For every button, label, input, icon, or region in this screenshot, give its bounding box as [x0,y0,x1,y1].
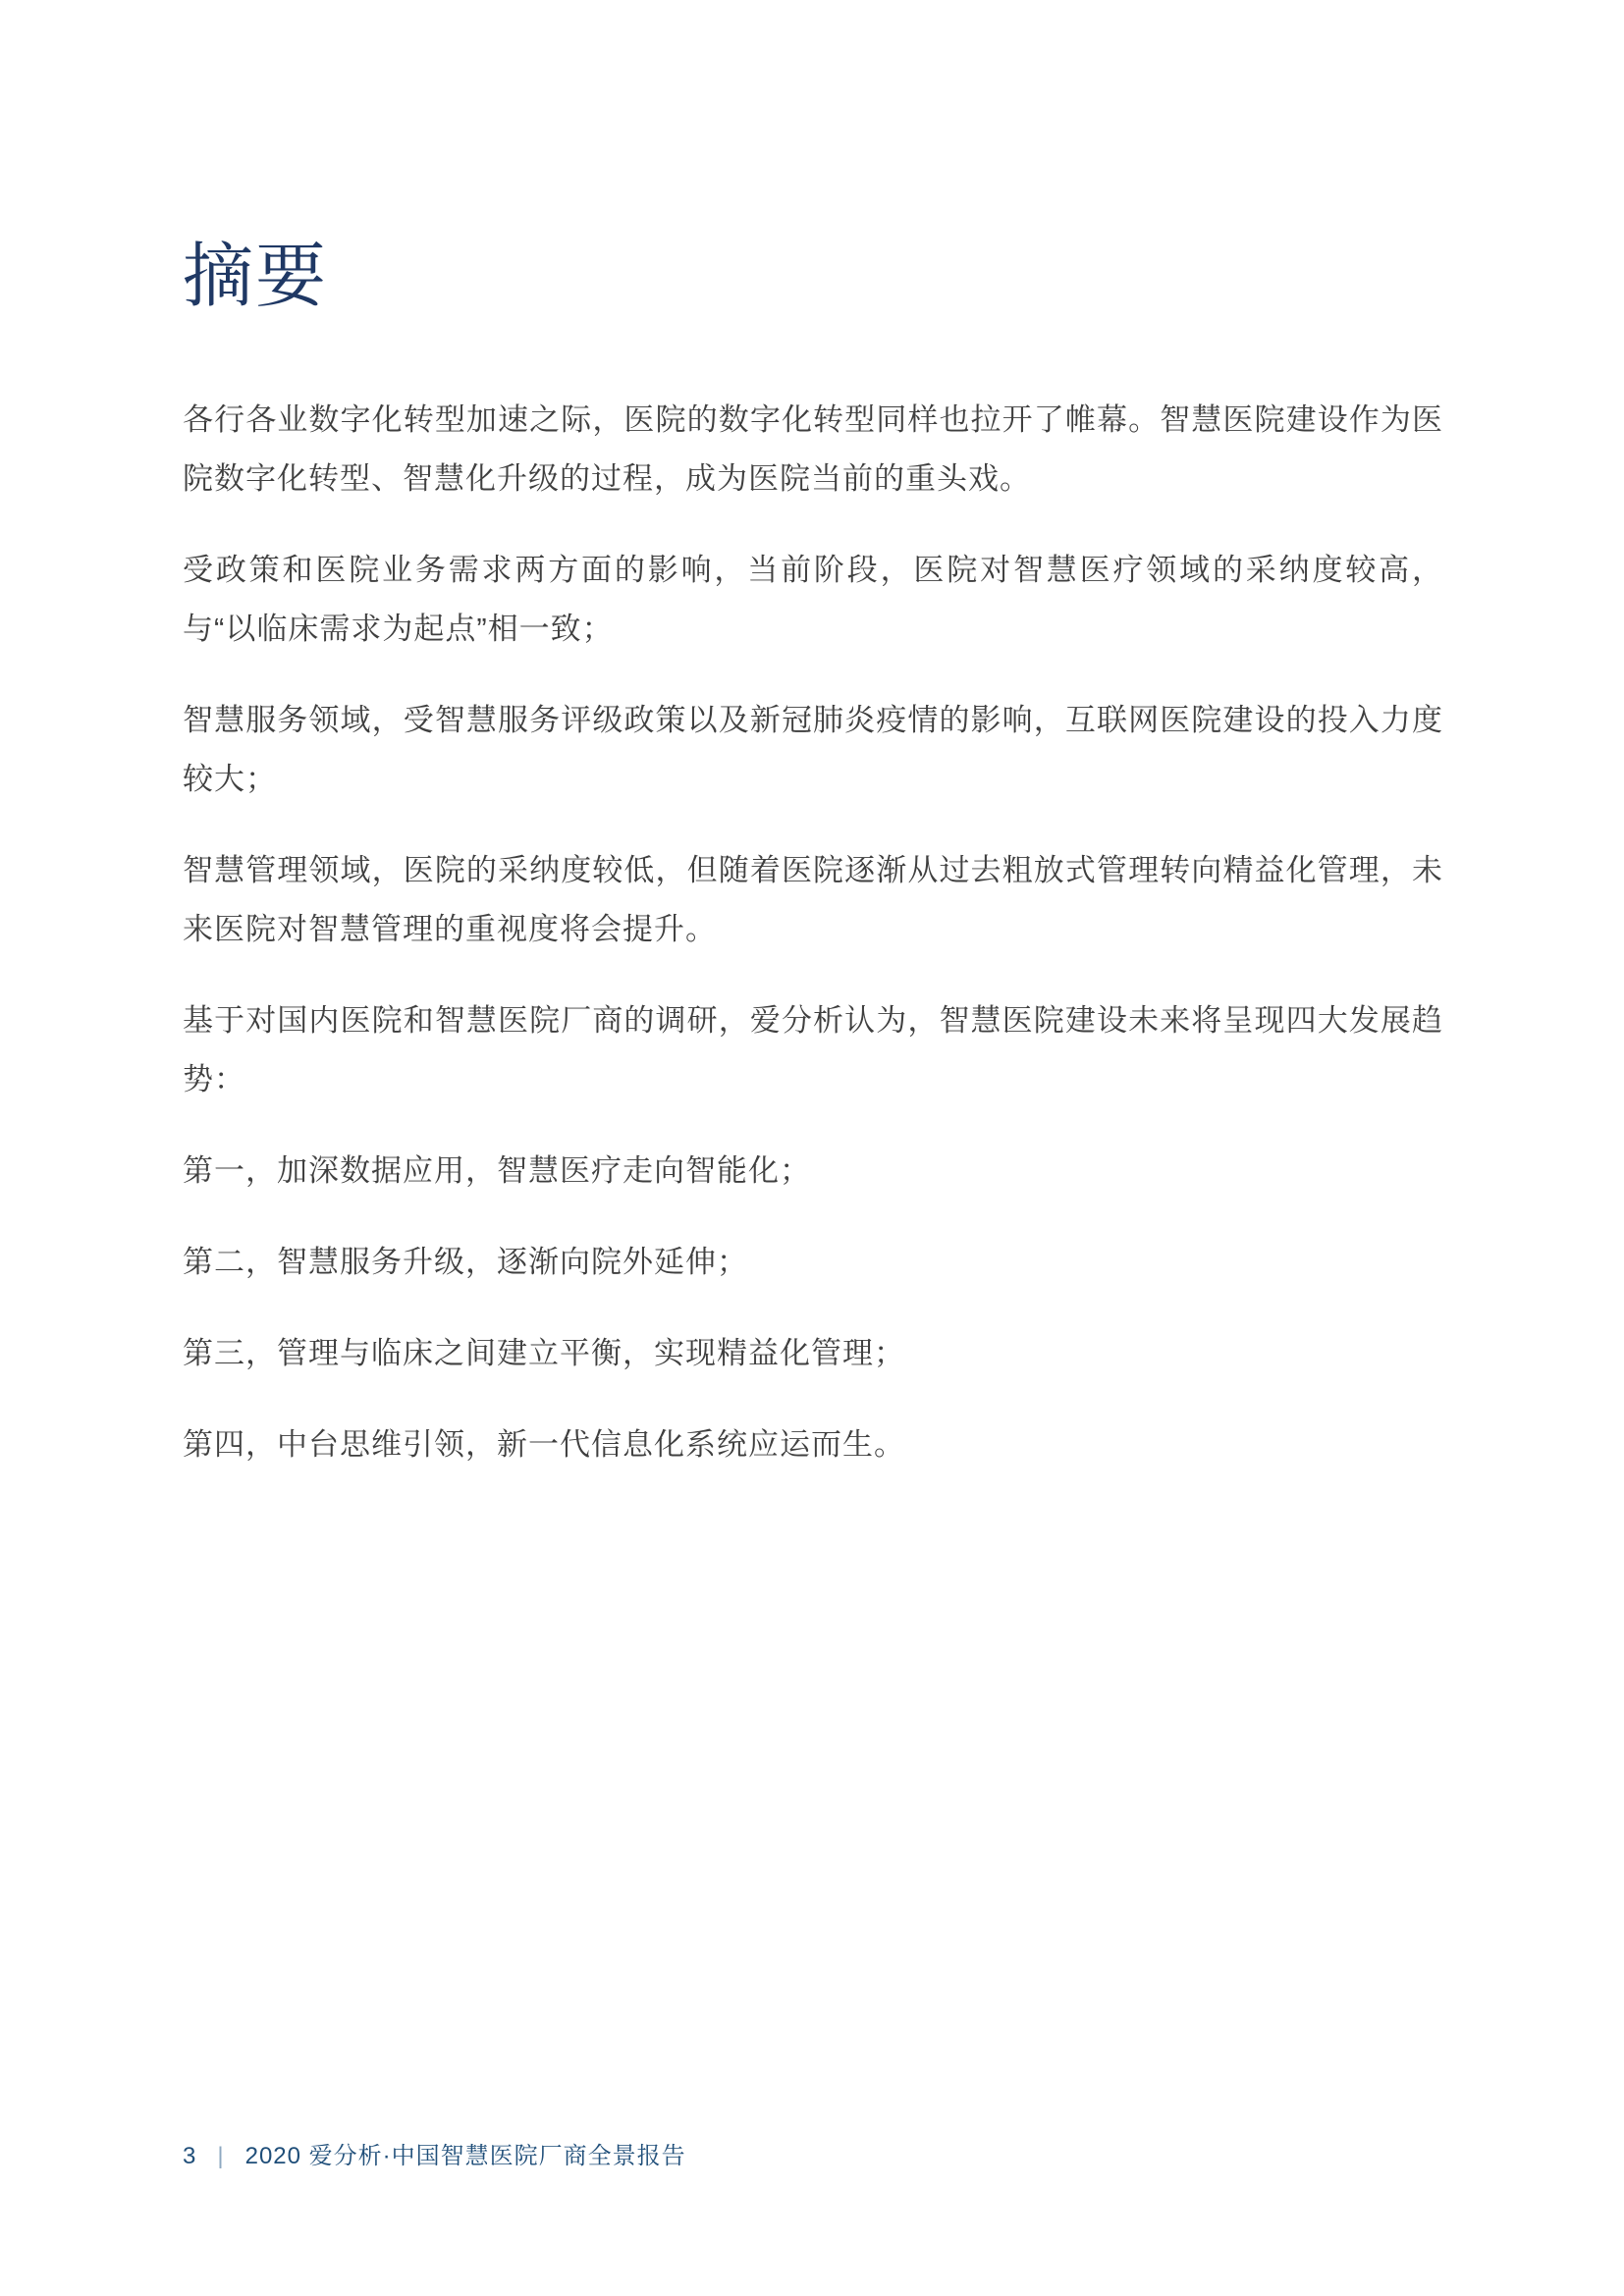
body-paragraph: 第一，加深数据应用，智慧医疗走向智能化； [183,1142,1443,1201]
footer-page-number: 3 [183,2142,195,2171]
body-paragraph: 第二，智慧服务升级，逐渐向院外延伸； [183,1233,1443,1292]
page-title: 摘要 [183,234,1443,320]
page-footer: 3 | 2020 爱分析·中国智慧医院厂商全景报告 [183,2142,686,2171]
body-text-block: 各行各业数字化转型加速之际，医院的数字化转型同样也拉开了帷幕。智慧医院建设作为医… [183,391,1443,1474]
page-content: 摘要 各行各业数字化转型加速之际，医院的数字化转型同样也拉开了帷幕。智慧医院建设… [183,234,1443,1507]
body-paragraph: 智慧服务领域，受智慧服务评级政策以及新冠肺炎疫情的影响，互联网医院建设的投入力度… [183,691,1443,809]
body-paragraph: 各行各业数字化转型加速之际，医院的数字化转型同样也拉开了帷幕。智慧医院建设作为医… [183,391,1443,508]
body-paragraph: 智慧管理领域，医院的采纳度较低，但随着医院逐渐从过去粗放式管理转向精益化管理，未… [183,841,1443,959]
footer-divider: | [217,2142,223,2171]
body-paragraph: 基于对国内医院和智慧医院厂商的调研，爱分析认为，智慧医院建设未来将呈现四大发展趋… [183,991,1443,1109]
footer-report-title: 2020 爱分析·中国智慧医院厂商全景报告 [245,2142,686,2171]
body-paragraph: 第三，管理与临床之间建立平衡，实现精益化管理； [183,1324,1443,1383]
body-paragraph: 受政策和医院业务需求两方面的影响，当前阶段，医院对智慧医疗领域的采纳度较高，与“… [183,541,1443,659]
body-paragraph: 第四，中台思维引领，新一代信息化系统应运而生。 [183,1415,1443,1474]
document-page: 摘要 各行各业数字化转型加速之际，医院的数字化转型同样也拉开了帷幕。智慧医院建设… [0,0,1624,2296]
